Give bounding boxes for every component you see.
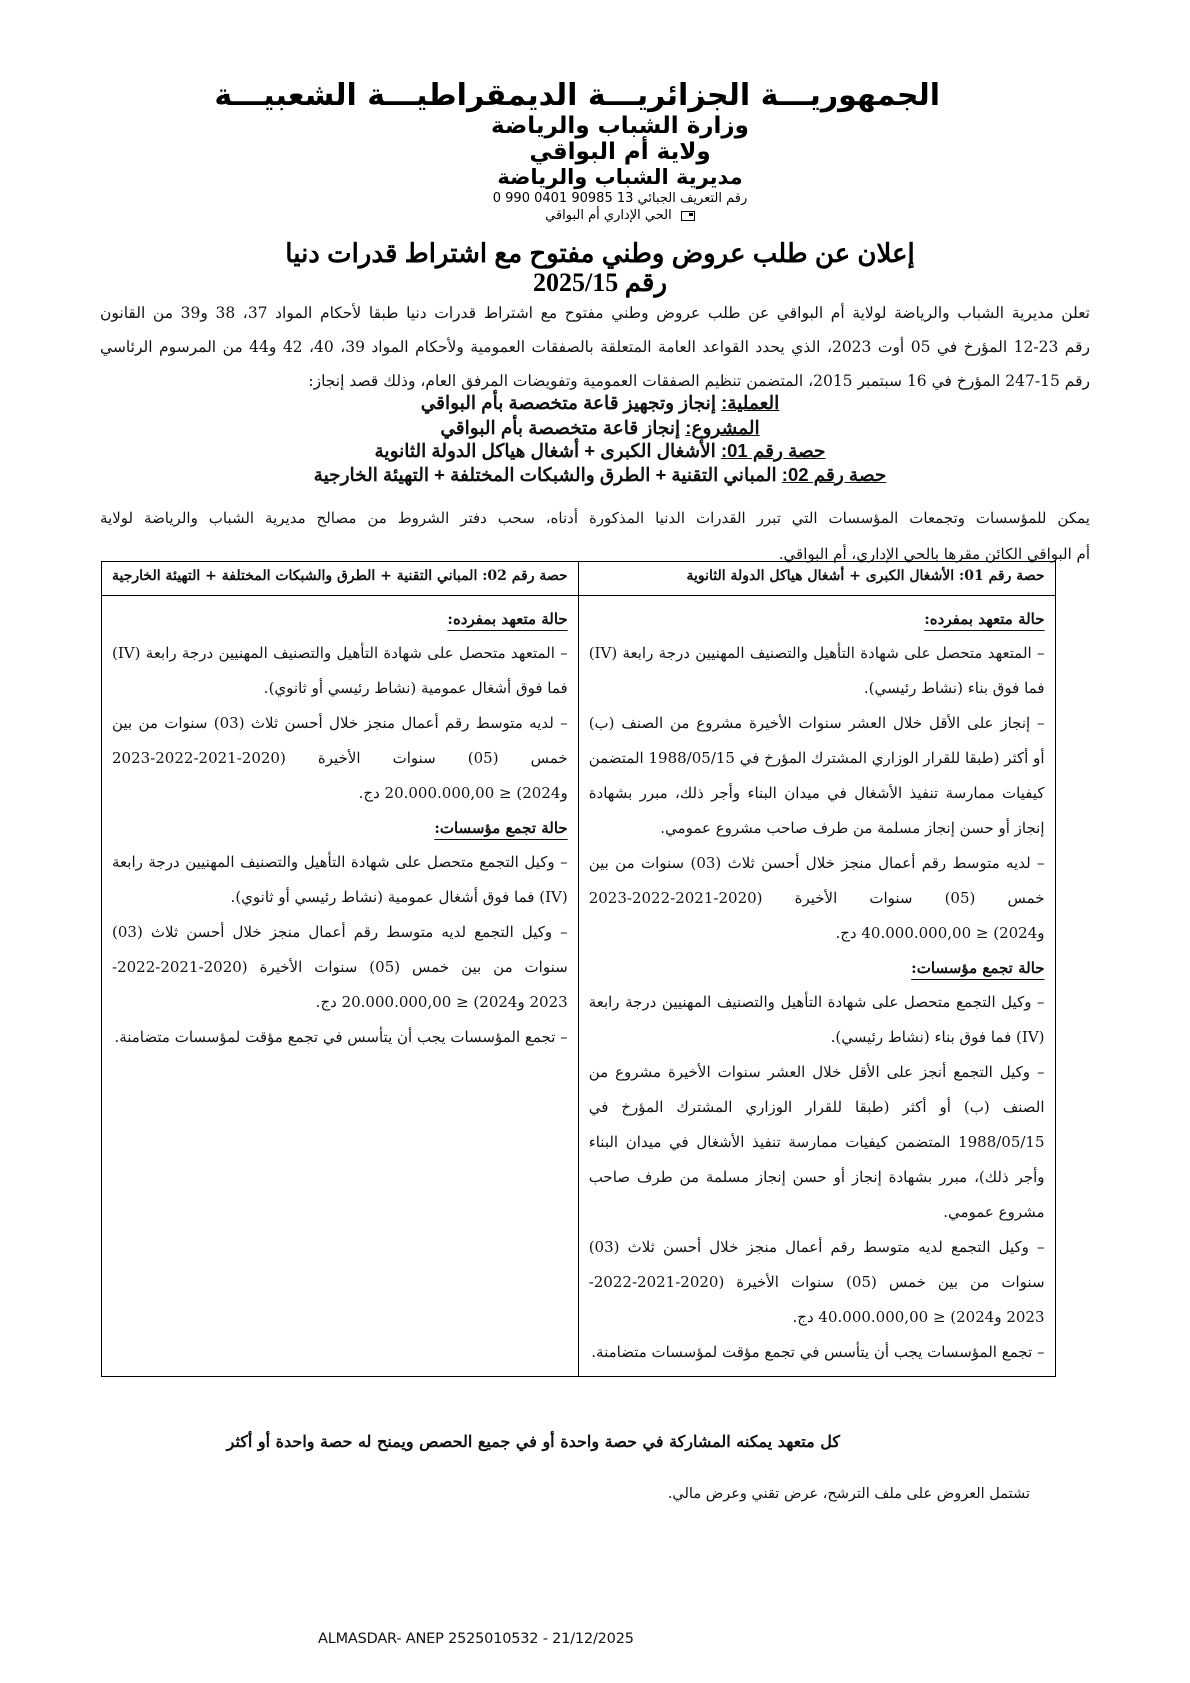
single-bidder-title: حالة متعهد بمفرده:	[112, 602, 568, 636]
project-value: إنجاز قاعة متخصصة بأم البواقي	[440, 417, 680, 438]
requirement-line: كيفيات ممارسة تنفيذ الأشغال في ميدان الب…	[589, 776, 1045, 811]
intro-paragraph: تعلن مديرية الشباب والرياضة لولاية أم ال…	[100, 296, 1090, 398]
requirement-line: و2024) ≤ 40.000.000,00 دج.	[589, 916, 1045, 951]
group-title: حالة تجمع مؤسسات:	[589, 951, 1045, 985]
operation-value: إنجاز وتجهيز قاعة متخصصة بأم البواقي	[421, 392, 716, 413]
requirement-line: أو أكثر (طبقا للقرار الوزاري المشترك الم…	[589, 741, 1045, 776]
requirement-line: – لديه متوسط رقم أعمال منجز خلال أحسن ثل…	[589, 846, 1045, 881]
requirement-line: وأجر ذلك)، مبرر بشهادة إنجاز أو حسن إنجا…	[589, 1160, 1045, 1195]
requirement-line: فما فوق بناء (نشاط رئيسي).	[589, 671, 1045, 706]
lot1-line: حصة رقم 01: الأشغال الكبرى + أشغال هياكل…	[200, 440, 1000, 462]
single-bidder-title: حالة متعهد بمفرده:	[589, 602, 1045, 636]
operation-line: العملية: إنجاز وتجهيز قاعة متخصصة بأم ال…	[200, 392, 1000, 414]
lot1-requirements-cell: حالة متعهد بمفرده: – المتعهد متحصل على ش…	[578, 596, 1055, 1377]
requirement-line: – وكيل التجمع لديه متوسط رقم أعمال منجز …	[112, 915, 568, 950]
requirement-line: – وكيل التجمع متحصل على شهادة التأهيل وا…	[589, 985, 1045, 1020]
lot1-column-header: حصة رقم 01: الأشغال الكبرى + أشغال هياكل…	[578, 562, 1055, 596]
group-title: حالة تجمع مؤسسات:	[112, 811, 568, 845]
requirement-line: خمس (05) سنوات الأخيرة (2020-2021-2022-2…	[112, 741, 568, 776]
requirement-line: خمس (05) سنوات الأخيرة (2020-2021-2022-2…	[589, 881, 1045, 916]
ministry-name: وزارة الشباب والرياضة	[300, 113, 940, 139]
requirement-line: – وكيل التجمع أنجز على الأقل خلال العشر …	[589, 1055, 1045, 1090]
requirement-line: 1988/05/15 المتضمن كيفيات ممارسة تنفيذ ا…	[589, 1125, 1045, 1160]
requirements-table: حصة رقم 01: الأشغال الكبرى + أشغال هياكل…	[101, 561, 1056, 1377]
intro-line: تعلن مديرية الشباب والرياضة لولاية أم ال…	[100, 296, 1090, 330]
lot2-line: حصة رقم 02: المباني التقنية + الطرق والش…	[200, 464, 1000, 486]
requirement-line: 2023 و2024) ≤ 40.000.000,00 دج.	[589, 1300, 1045, 1335]
requirement-line: – لديه متوسط رقم أعمال منجز خلال أحسن ثل…	[112, 706, 568, 741]
mailbox-icon	[681, 211, 695, 221]
republic-name: الجمهوريـــة الجزائريـــة الديمقراطيـــة…	[300, 78, 940, 113]
requirement-line: – تجمع المؤسسات يجب أن يتأسس في تجمع مؤق…	[112, 1020, 568, 1055]
publication-reference: ALMASDAR- ANEP 2525010532 - 21/12/2025	[318, 1631, 634, 1647]
announcement-title: إعلان عن طلب عروض وطني مفتوح مع اشتراط ق…	[200, 238, 1000, 269]
requirement-line: – وكيل التجمع متحصل على شهادة التأهيل وا…	[112, 845, 568, 880]
lot2-label: حصة رقم 02:	[782, 464, 887, 485]
requirement-line: سنوات من بين خمس (05) سنوات الأخيرة (202…	[112, 950, 568, 985]
requirement-line: إنجاز أو حسن إنجاز مسلمة من طرف صاحب مشر…	[589, 811, 1045, 846]
project-label: المشروع:	[685, 417, 759, 438]
intro-line: رقم 23-12 المؤرخ في 05 أوت 2023، الذي يح…	[100, 330, 1090, 364]
lot2-requirements-cell: حالة متعهد بمفرده: – المتعهد متحصل على ش…	[102, 596, 579, 1377]
requirement-line: – إنجاز على الأقل خلال العشر سنوات الأخي…	[589, 706, 1045, 741]
eligibility-line: يمكن للمؤسسات وتجمعات المؤسسات التي تبرر…	[100, 500, 1090, 536]
requirement-line: مشروع عمومي.	[589, 1195, 1045, 1230]
lot1-value: الأشغال الكبرى + أشغال هياكل الدولة الثا…	[375, 440, 716, 461]
address-text: الحي الإداري أم البواقي	[545, 208, 672, 223]
address-line: الحي الإداري أم البواقي	[300, 208, 940, 223]
requirement-line: (IV) فما فوق بناء (نشاط رئيسي).	[589, 1020, 1045, 1055]
offers-note: تشتمل العروض على ملف الترشح، عرض تقني وع…	[330, 1486, 1030, 1502]
lot1-label: حصة رقم 01:	[721, 440, 826, 461]
project-line: المشروع: إنجاز قاعة متخصصة بأم البواقي	[200, 417, 1000, 439]
requirement-line: – وكيل التجمع لديه متوسط رقم أعمال منجز …	[589, 1230, 1045, 1265]
table-header-row: حصة رقم 01: الأشغال الكبرى + أشغال هياكل…	[102, 562, 1056, 596]
lot2-column-header: حصة رقم 02: المباني التقنية + الطرق والش…	[102, 562, 579, 596]
lot2-value: المباني التقنية + الطرق والشبكات المختلف…	[314, 464, 777, 485]
requirement-line: – تجمع المؤسسات يجب أن يتأسس في تجمع مؤق…	[589, 1335, 1045, 1370]
requirement-line: (IV) فما فوق أشغال عمومية (نشاط رئيسي أو…	[112, 880, 568, 915]
announcement-number: رقم 2025/15	[200, 268, 1000, 298]
directorate-name: مديرية الشباب والرياضة	[300, 165, 940, 189]
table-row: حالة متعهد بمفرده: – المتعهد متحصل على ش…	[102, 596, 1056, 1377]
requirement-line: 2023 و2024) ≤ 20.000.000,00 دج.	[112, 985, 568, 1020]
tender-announcement-page: الجمهوريـــة الجزائريـــة الديمقراطيـــة…	[0, 0, 1190, 1683]
requirement-line: سنوات من بين خمس (05) سنوات الأخيرة (202…	[589, 1265, 1045, 1300]
requirement-line: فما فوق أشغال عمومية (نشاط رئيسي أو ثانو…	[112, 671, 568, 706]
tax-id: رقم التعريف الجبائي 13 90985 0401 990 0	[300, 191, 940, 206]
requirement-line: – المتعهد متحصل على شهادة التأهيل والتصن…	[589, 636, 1045, 671]
requirement-line: و2024) ≤ 20.000.000,00 دج.	[112, 776, 568, 811]
requirement-line: الصنف (ب) أو أكثر (طبقا للقرار الوزاري ا…	[589, 1090, 1045, 1125]
participation-note: كل متعهد يمكنه المشاركة في حصة واحدة أو …	[240, 1432, 840, 1451]
requirement-line: – المتعهد متحصل على شهادة التأهيل والتصن…	[112, 636, 568, 671]
operation-label: العملية:	[721, 392, 779, 413]
wilaya-name: ولاية أم البواقي	[300, 139, 940, 165]
